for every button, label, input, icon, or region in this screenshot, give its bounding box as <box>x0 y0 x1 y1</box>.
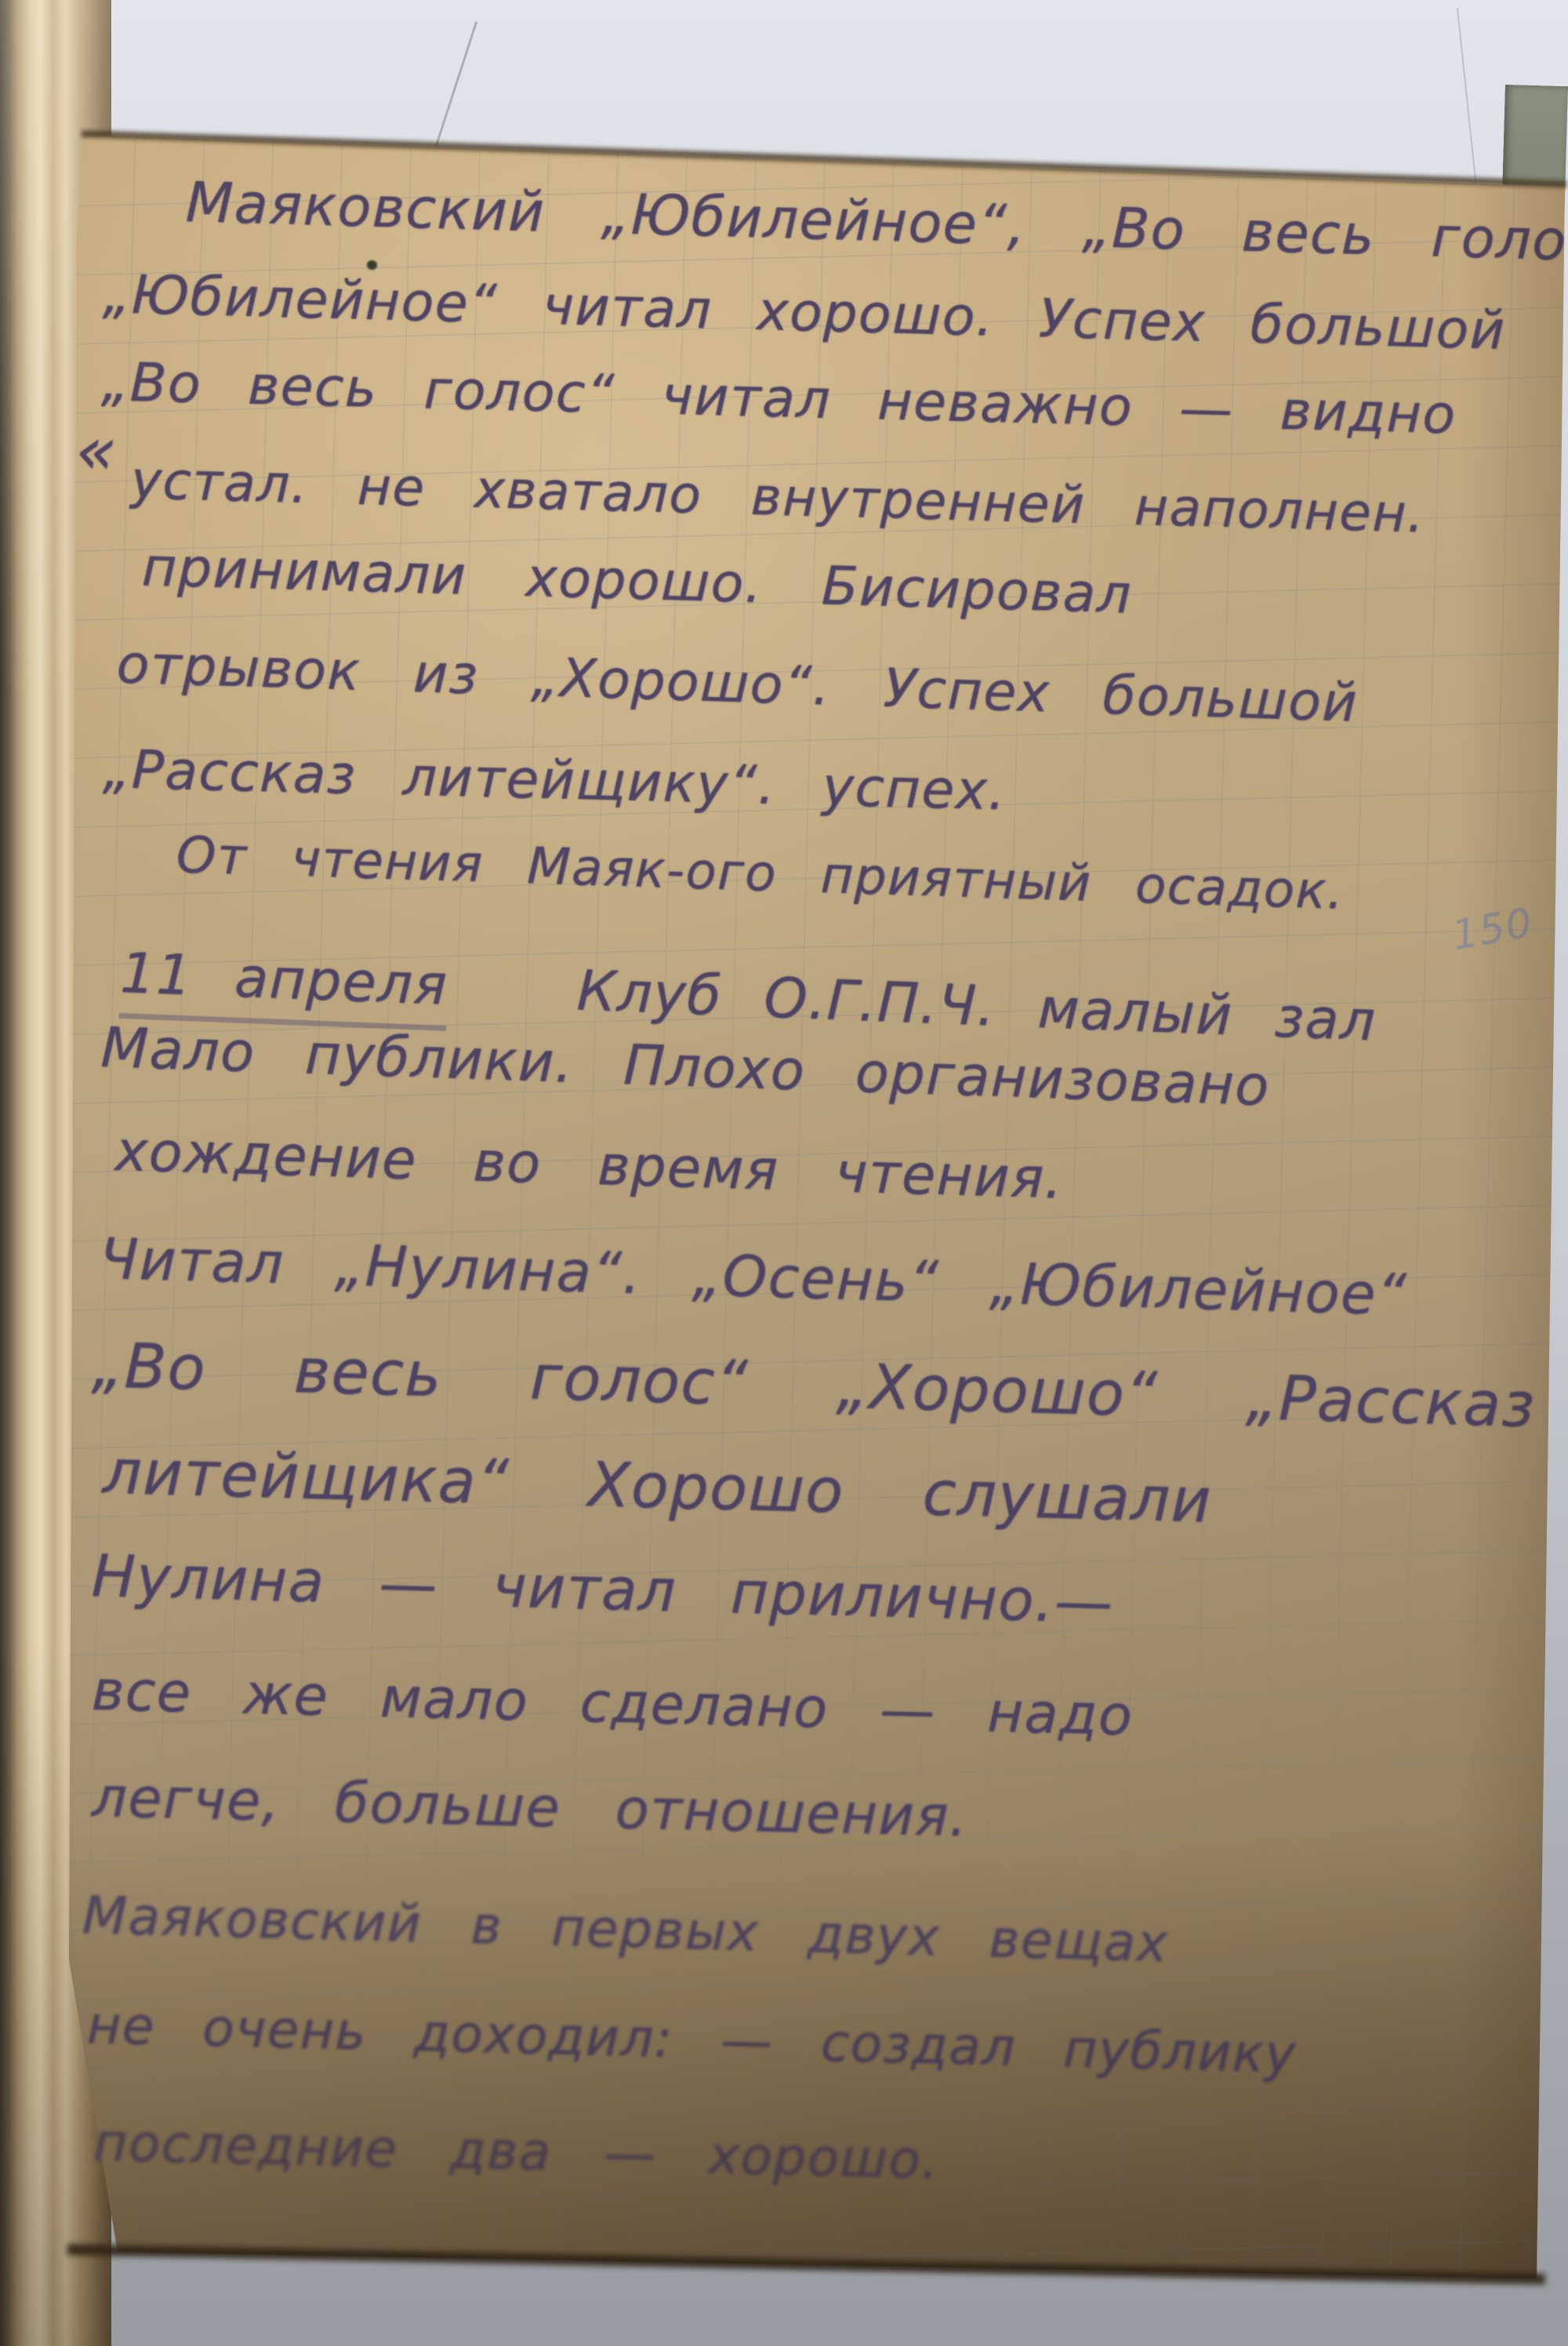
margin-quote-mark: « <box>75 416 119 486</box>
ink-dot <box>367 260 377 270</box>
background-scratch-2 <box>1457 9 1477 188</box>
photo-of-notebook: Маяковский „Юбилейное“, „Во весь голос“ … <box>0 0 1568 2346</box>
